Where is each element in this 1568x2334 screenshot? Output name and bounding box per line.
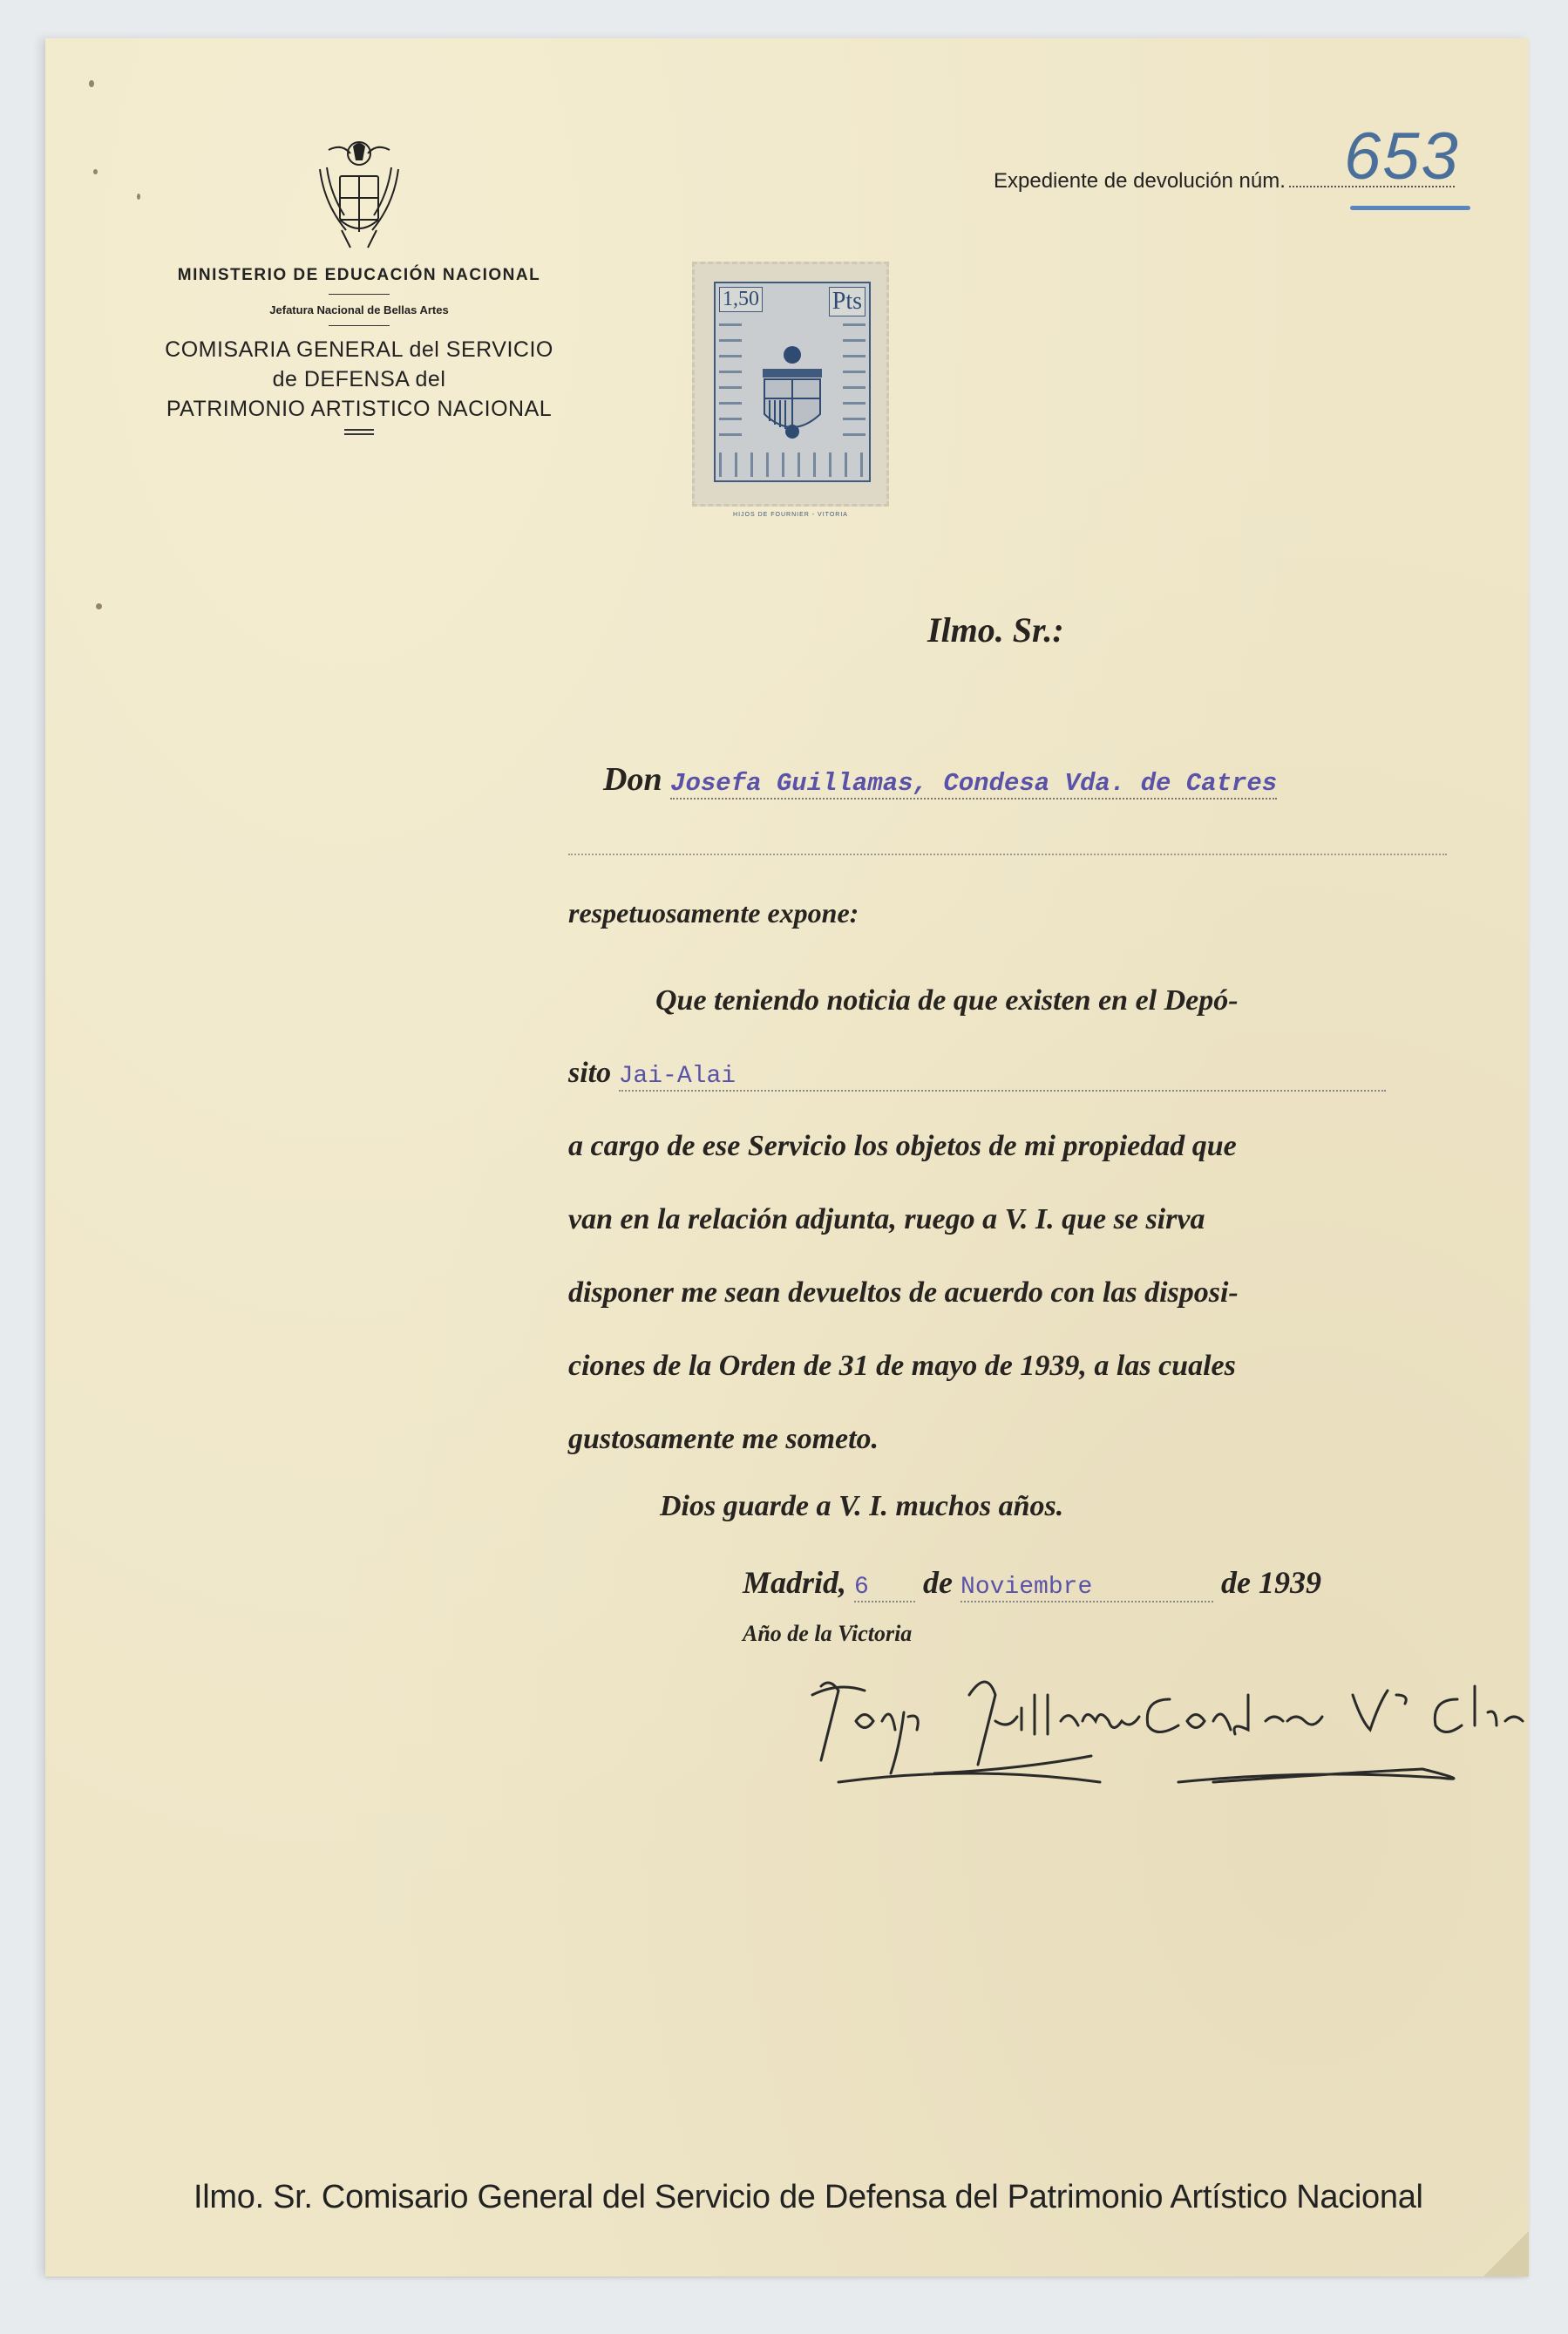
stamp-ornament xyxy=(719,453,865,477)
paper-stain xyxy=(96,603,102,609)
comisaria-line-2: de DEFENSA del xyxy=(141,364,577,394)
comisaria-line-3: PATRIMONIO ARTISTICO NACIONAL xyxy=(141,394,577,424)
jefatura-name: Jefatura Nacional de Bellas Artes xyxy=(141,303,577,316)
double-rule xyxy=(344,429,374,435)
paper-stain xyxy=(89,80,94,87)
body-line-2: sito Jai-Alai xyxy=(568,1057,1449,1092)
body-line-5: disponer me sean devueltos de acuerdo co… xyxy=(568,1276,1449,1310)
expone-heading: respetuosamente expone: xyxy=(568,897,859,929)
folded-corner xyxy=(1483,2231,1529,2276)
revenue-stamp: 1,50 Pts HIJOS DE FOURNIER - VITORIA xyxy=(692,262,889,507)
applicant-line: Don Josefa Guillamas, Condesa Vda. de Ca… xyxy=(603,760,1445,799)
stamp-ornament xyxy=(843,323,865,449)
salutation: Ilmo. Sr.: xyxy=(927,609,1064,650)
stamp-currency: Pts xyxy=(829,287,865,316)
body-line-4: van en la relación adjunta, ruego a V. I… xyxy=(568,1203,1449,1236)
closing-formula: Dios guarde a V. I. muchos años. xyxy=(660,1490,1063,1523)
stamp-value: 1,50 xyxy=(719,287,763,312)
expediente-number: 653 xyxy=(1344,119,1460,194)
letterhead: MINISTERIO DE EDUCACIÓN NACIONAL Jefatur… xyxy=(141,134,577,435)
blank-dotted-line xyxy=(568,854,1447,855)
pencil-underline xyxy=(1350,206,1470,210)
expediente-label: Expediente de devolución núm. xyxy=(994,169,1286,193)
deposito-field: Jai-Alai xyxy=(619,1057,1386,1092)
spanish-coat-of-arms-eagle-icon xyxy=(311,134,407,256)
coat-of-arms-revenue-stamp-icon xyxy=(756,344,829,440)
month-value: Noviembre xyxy=(960,1574,1092,1601)
day-field: 6 xyxy=(854,1564,915,1602)
comisaria-line-1: COMISARIA GENERAL del SERVICIO xyxy=(141,335,577,364)
divider xyxy=(329,325,390,326)
document-page: MINISTERIO DE EDUCACIÓN NACIONAL Jefatur… xyxy=(45,38,1529,2276)
addressee-footer: Ilmo. Sr. Comisario General del Servicio… xyxy=(193,2179,1423,2216)
sito-label: sito xyxy=(568,1057,611,1089)
ministry-name: MINISTERIO DE EDUCACIÓN NACIONAL xyxy=(141,266,577,285)
don-label: Don xyxy=(603,761,662,798)
body-line-1: Que teniendo noticia de que existen en e… xyxy=(655,984,1449,1017)
body-line-6: ciones de la Orden de 31 de mayo de 1939… xyxy=(568,1350,1449,1383)
body-line-3: a cargo de ese Servicio los objetos de m… xyxy=(568,1130,1449,1163)
stamp-design: 1,50 Pts xyxy=(714,282,871,482)
place: Madrid, xyxy=(743,1565,846,1600)
year-label: de 1939 xyxy=(1221,1565,1321,1600)
paper-stain xyxy=(93,169,98,174)
applicant-name: Josefa Guillamas, Condesa Vda. de Catres xyxy=(670,769,1277,800)
deposito-value: Jai-Alai xyxy=(619,1063,736,1090)
body-line-7: gustosamente me someto. xyxy=(568,1423,1449,1456)
date-line: Madrid, 6 de Noviembre de 1939 xyxy=(743,1564,1321,1602)
month-field: Noviembre xyxy=(960,1564,1213,1602)
de-label: de xyxy=(923,1565,953,1600)
day-value: 6 xyxy=(854,1574,869,1601)
stamp-ornament xyxy=(719,323,742,449)
divider xyxy=(329,294,390,295)
paper-stain xyxy=(137,194,140,200)
handwritten-signature xyxy=(795,1660,1568,1791)
stamp-printer: HIJOS DE FOURNIER - VITORIA xyxy=(695,512,886,518)
ano-de-la-victoria: Año de la Victoria xyxy=(743,1621,912,1647)
